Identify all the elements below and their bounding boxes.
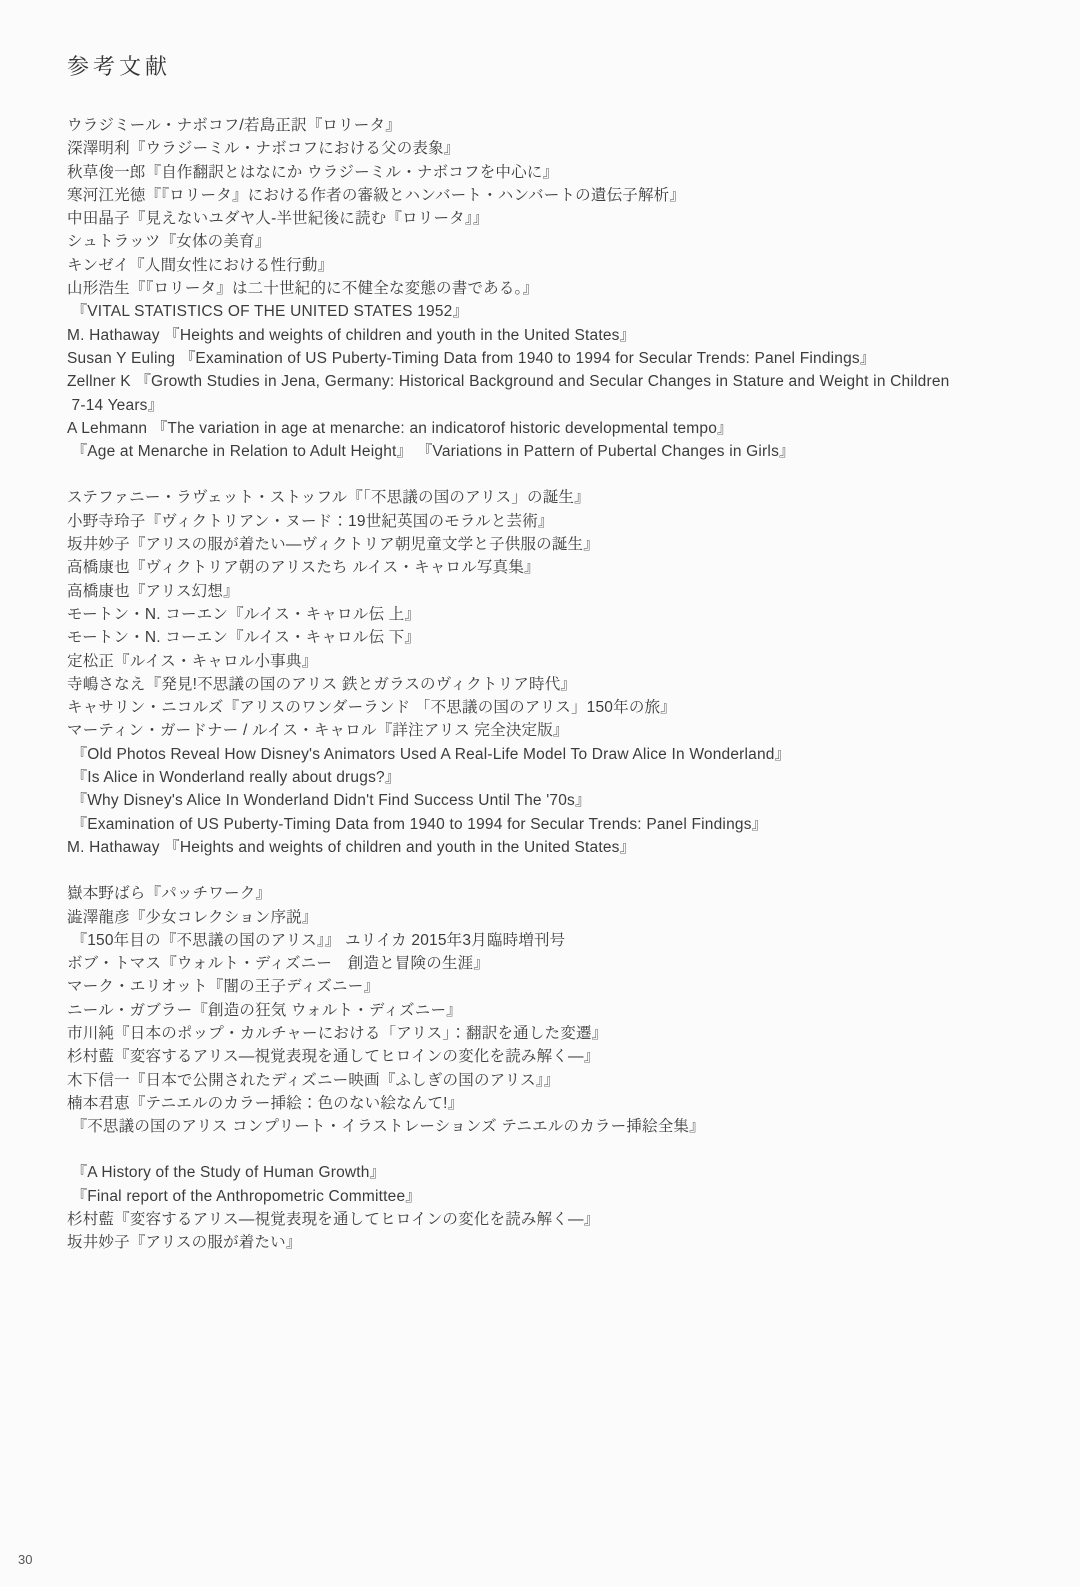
reference-line: 『不思議の国のアリス コンプリート・イラストレーションズ テニエルのカラー挿絵全… (67, 1115, 1040, 1138)
reference-line: ステファニー・ラヴェット・ストッフル『「不思議の国のアリス」の誕生』 (67, 486, 1040, 509)
reference-line: ウラジミール・ナボコフ/若島正訳『ロリータ』 (67, 114, 1040, 137)
reference-section: ウラジミール・ナボコフ/若島正訳『ロリータ』深澤明利『ウラジーミル・ナボコフにお… (67, 114, 1040, 463)
references-list: ウラジミール・ナボコフ/若島正訳『ロリータ』深澤明利『ウラジーミル・ナボコフにお… (67, 114, 1040, 1255)
reference-line: シュトラッツ『女体の美育』 (67, 230, 1040, 253)
reference-line: モートン・N. コーエン『ルイス・キャロル伝 上』 (67, 603, 1040, 626)
reference-line: 『Is Alice in Wonderland really about dru… (67, 766, 1040, 789)
reference-line: 『A History of the Study of Human Growth』 (67, 1161, 1040, 1184)
reference-line: ニール・ガブラー『創造の狂気 ウォルト・ディズニー』 (67, 999, 1040, 1022)
reference-line: 『Examination of US Puberty-Timing Data f… (67, 813, 1040, 836)
reference-line: 市川純『日本のポップ・カルチャーにおける「アリス」：翻訳を通した変遷』 (67, 1022, 1040, 1045)
reference-line: 坂井妙子『アリスの服が着たい―ヴィクトリア朝児童文学と子供服の誕生』 (67, 533, 1040, 556)
reference-line: 嶽本野ばら『パッチワーク』 (67, 882, 1040, 905)
reference-line: マーティン・ガードナー / ルイス・キャロル『詳注アリス 完全決定版』 (67, 719, 1040, 742)
reference-line: Susan Y Euling 『Examination of US Pubert… (67, 347, 1040, 370)
reference-line: 杉村藍『変容するアリス―視覚表現を通してヒロインの変化を読み解く―』 (67, 1045, 1040, 1068)
reference-line: 坂井妙子『アリスの服が着たい』 (67, 1231, 1040, 1254)
reference-line: M. Hathaway 『Heights and weights of chil… (67, 836, 1040, 859)
reference-section: ステファニー・ラヴェット・ストッフル『「不思議の国のアリス」の誕生』小野寺玲子『… (67, 486, 1040, 859)
reference-line: 木下信一『日本で公開されたディズニー映画『ふしぎの国のアリス』』 (67, 1069, 1040, 1092)
reference-line: 山形浩生『『ロリータ』は二十世紀的に不健全な変態の書である。』 (67, 277, 1040, 300)
reference-line: A Lehmann 『The variation in age at menar… (67, 417, 1040, 440)
reference-line: Zellner K 『Growth Studies in Jena, Germa… (67, 370, 1040, 393)
reference-section: 『A History of the Study of Human Growth』… (67, 1161, 1040, 1254)
reference-line: 『Why Disney's Alice In Wonderland Didn't… (67, 789, 1040, 812)
reference-line: キンゼイ『人間女性における性行動』 (67, 254, 1040, 277)
reference-line: 『Old Photos Reveal How Disney's Animator… (67, 743, 1040, 766)
reference-line: 小野寺玲子『ヴィクトリアン・ヌード：19世紀英国のモラルと芸術』 (67, 510, 1040, 533)
reference-line: キャサリン・ニコルズ『アリスのワンダーランド 「不思議の国のアリス」150年の旅… (67, 696, 1040, 719)
reference-line: 中田晶子『見えないユダヤ人-半世紀後に読む『ロリータ』』 (67, 207, 1040, 230)
reference-line: 澁澤龍彦『少女コレクション序説』 (67, 906, 1040, 929)
page-number: 30 (18, 1552, 32, 1567)
reference-line: 『VITAL STATISTICS OF THE UNITED STATES 1… (67, 300, 1040, 323)
reference-line: M. Hathaway 『Heights and weights of chil… (67, 324, 1040, 347)
page-title: 参考文献 (67, 50, 1040, 81)
reference-line: 高橋康也『アリス幻想』 (67, 580, 1040, 603)
reference-section: 嶽本野ばら『パッチワーク』澁澤龍彦『少女コレクション序説』 『150年目の『不思… (67, 882, 1040, 1138)
reference-line: 『Age at Menarche in Relation to Adult He… (67, 440, 1040, 463)
reference-line: 7-14 Years』 (67, 394, 1040, 417)
document-page: 参考文献 ウラジミール・ナボコフ/若島正訳『ロリータ』深澤明利『ウラジーミル・ナ… (0, 0, 1080, 1255)
reference-line: 杉村藍『変容するアリス―視覚表現を通してヒロインの変化を読み解く―』 (67, 1208, 1040, 1231)
reference-line: 『150年目の『不思議の国のアリス』』 ユリイカ 2015年3月臨時増刊号 (67, 929, 1040, 952)
reference-line: 高橋康也『ヴィクトリア朝のアリスたち ルイス・キャロル写真集』 (67, 556, 1040, 579)
reference-line: 定松正『ルイス・キャロル小事典』 (67, 650, 1040, 673)
reference-line: 寒河江光徳『『ロリータ』における作者の審級とハンバート・ハンバートの遺伝子解析』 (67, 184, 1040, 207)
reference-line: 楠本君恵『テニエルのカラー挿絵：色のない絵なんて!』 (67, 1092, 1040, 1115)
reference-line: 『Final report of the Anthropometric Comm… (67, 1185, 1040, 1208)
reference-line: ボブ・トマス『ウォルト・ディズニー 創造と冒険の生涯』 (67, 952, 1040, 975)
reference-line: 秋草俊一郎『自作翻訳とはなにか ウラジーミル・ナボコフを中心に』 (67, 161, 1040, 184)
reference-line: 深澤明利『ウラジーミル・ナボコフにおける父の表象』 (67, 137, 1040, 160)
reference-line: マーク・エリオット『闇の王子ディズニー』 (67, 975, 1040, 998)
reference-line: 寺嶋さなえ『発見!不思議の国のアリス 鉄とガラスのヴィクトリア時代』 (67, 673, 1040, 696)
reference-line: モートン・N. コーエン『ルイス・キャロル伝 下』 (67, 626, 1040, 649)
